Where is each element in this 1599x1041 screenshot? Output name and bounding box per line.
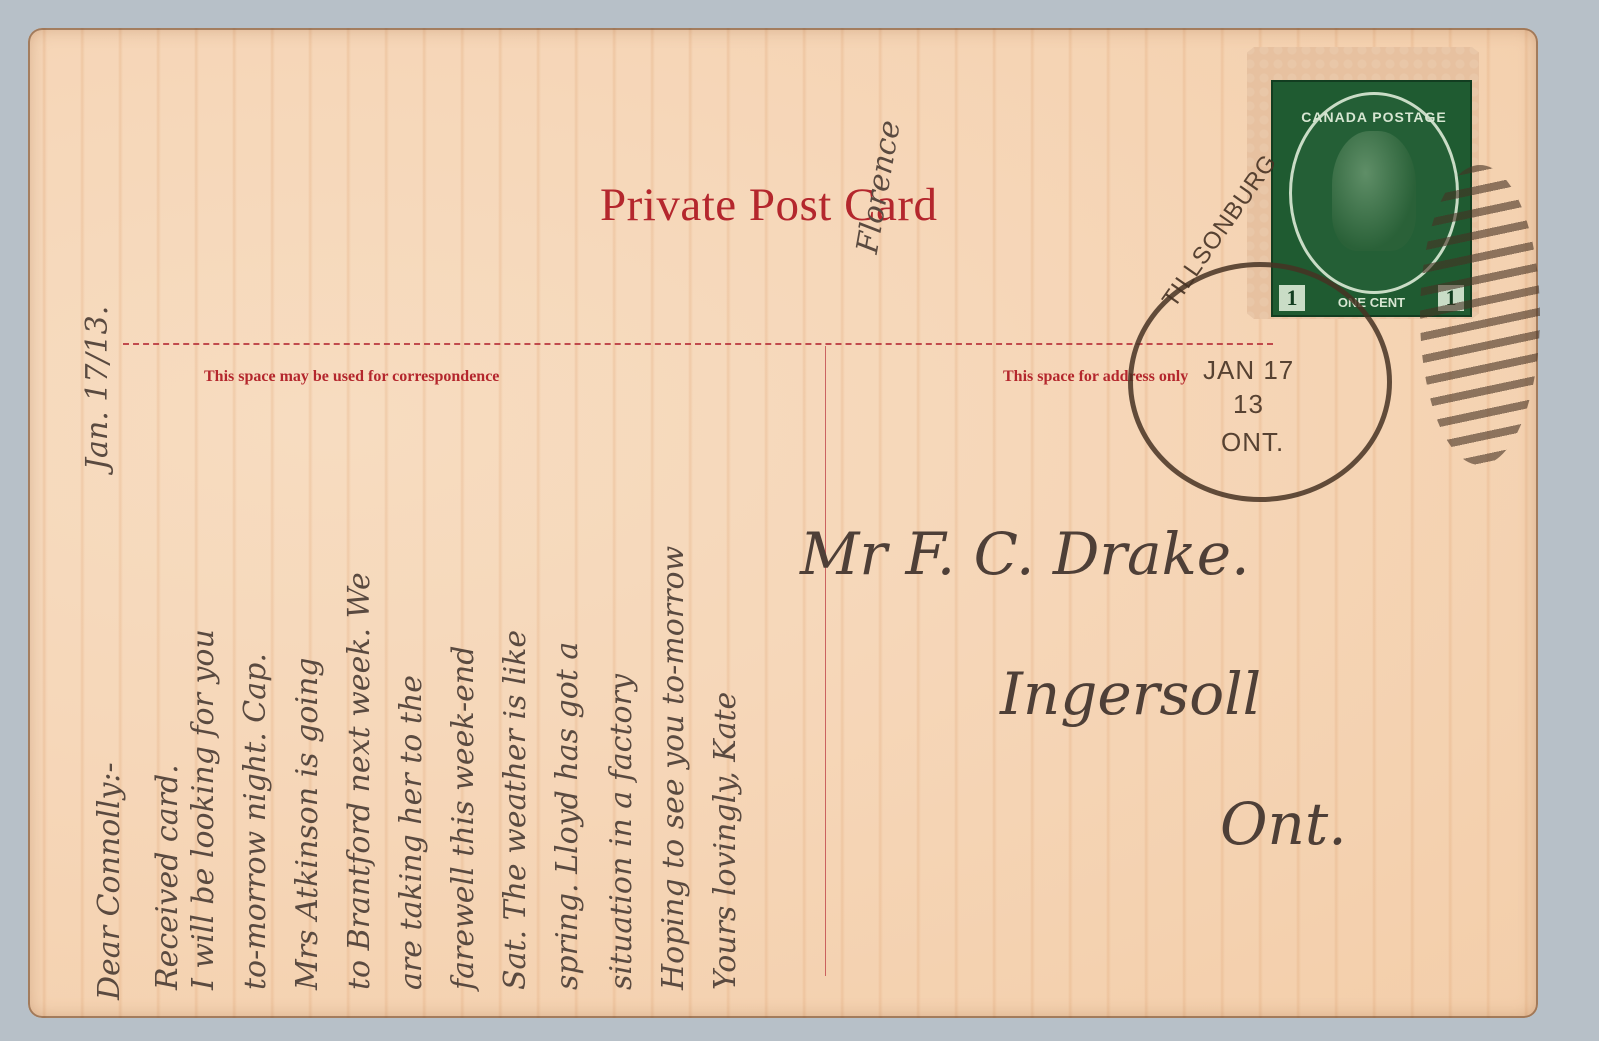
correspondence-label: This space may be used for correspondenc… (204, 368, 499, 386)
message-date: Jan. 17/13. (80, 306, 115, 470)
message-line: Mrs Atkinson is going (290, 657, 325, 990)
divider-horizontal (123, 343, 1273, 345)
postmark-province: ONT. (1221, 427, 1284, 458)
message-line: situation in a factory (604, 674, 639, 990)
address-province: Ont. (1220, 790, 1347, 858)
message-line: farewell this week-end (446, 646, 481, 990)
message-line: to Brantford next week. We (342, 572, 377, 990)
postmark-date: JAN 17 (1203, 355, 1294, 386)
message-line: Dear Connolly:- (92, 762, 127, 1000)
message-line: to-morrow night. Cap. (238, 653, 273, 990)
postmark-year: 13 (1233, 389, 1264, 420)
message-line: I will be looking for you (186, 629, 221, 990)
address-city: Ingersoll (1000, 660, 1261, 728)
message-line: Hoping to see you to-morrow (656, 546, 691, 990)
message-line: are taking her to the (394, 675, 429, 990)
message-line: Received card. (150, 764, 185, 990)
address-name: Mr F. C. Drake. (800, 520, 1250, 588)
message-line: spring. Lloyd has got a (550, 642, 585, 990)
message-line: Yours lovingly, Kate (708, 692, 743, 990)
cancellation-bars (1420, 165, 1540, 465)
postmark: TILLSONBURG JAN 17 13 ONT. (1128, 262, 1392, 502)
stamp-country-text: CANADA POSTAGE (1292, 109, 1456, 125)
king-portrait-icon (1332, 131, 1416, 251)
divider-vertical (825, 346, 826, 976)
message-line: Sat. The weather is like (498, 630, 533, 990)
